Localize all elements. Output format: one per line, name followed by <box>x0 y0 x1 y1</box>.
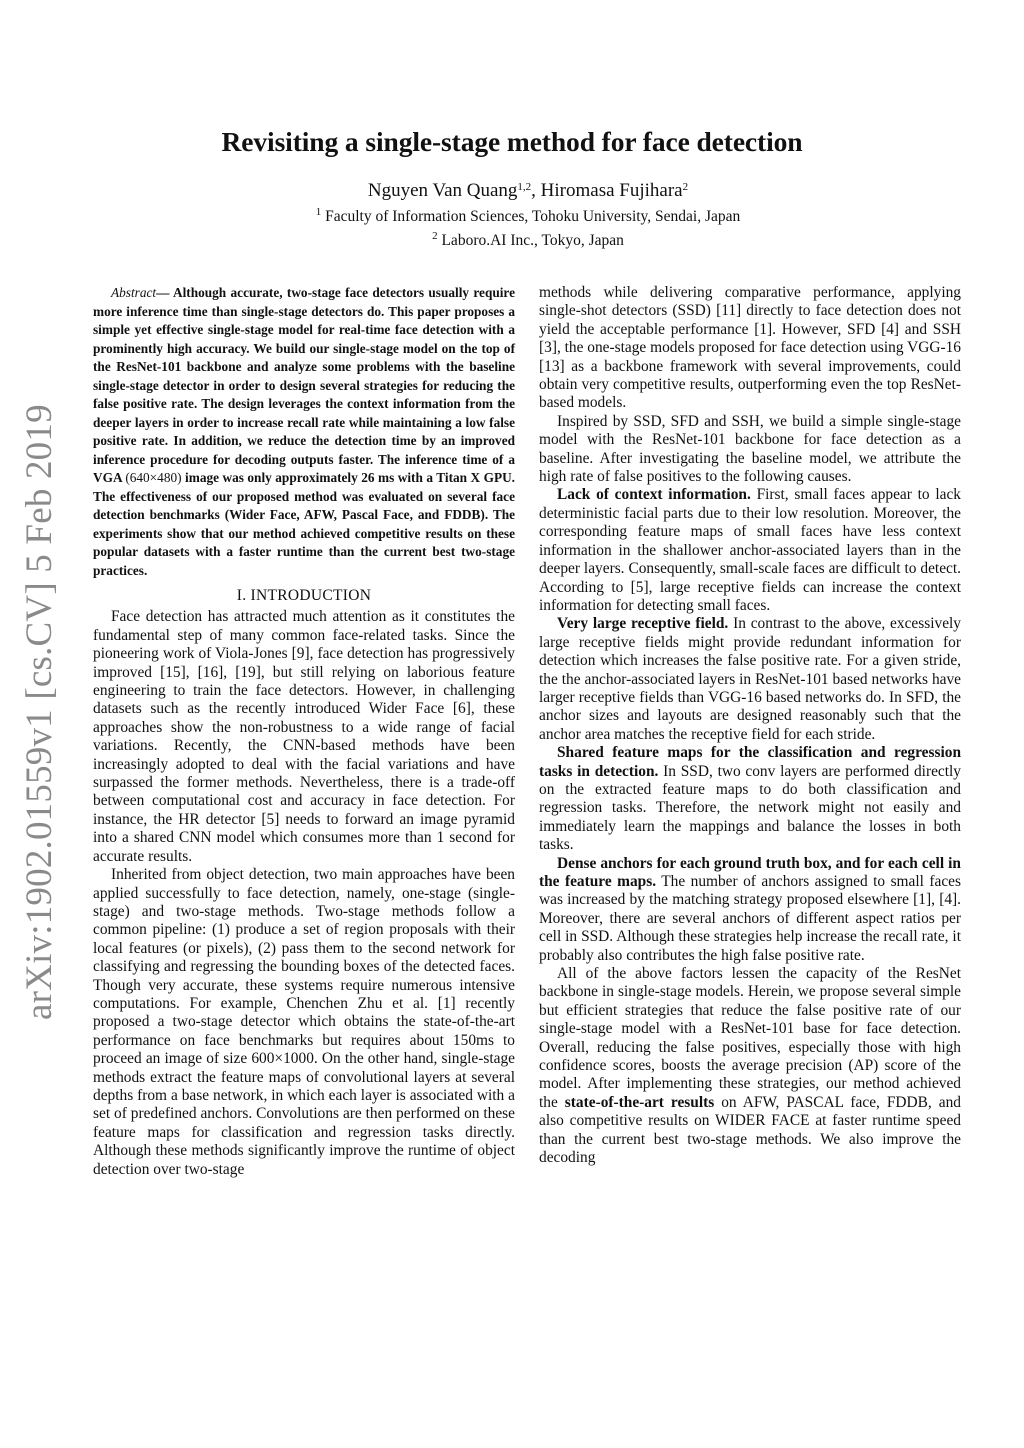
author-affiliation-marker: 1,2 <box>517 181 531 193</box>
abstract-dash: — <box>156 285 173 300</box>
paper-title: Revisiting a single-stage method for fac… <box>0 126 1024 158</box>
section-heading-introduction: I. INTRODUCTION <box>93 587 515 605</box>
cause-heading: Very large receptive field. <box>557 615 728 632</box>
abstract-label: Abstract <box>111 285 156 300</box>
abstract: Abstract— Although accurate, two-stage f… <box>93 284 515 580</box>
affiliation-text: Faculty of Information Sciences, Tohoku … <box>321 208 740 225</box>
right-column: methods while delivering comparative per… <box>539 284 961 1168</box>
abstract-text: Although accurate, two-stage face detect… <box>93 285 515 485</box>
author-name: Hiromasa Fujihara <box>541 180 683 201</box>
abstract-dimensions: (640×480) <box>125 470 181 485</box>
summary-paragraph: All of the above factors lessen the capa… <box>539 965 961 1167</box>
author-line: Nguyen Van Quang1,2, Hiromasa Fujihara2 <box>0 180 1024 202</box>
affiliation-text: Laboro.AI Inc., Tokyo, Japan <box>438 232 624 249</box>
inspired-paragraph: Inspired by SSD, SFD and SSH, we build a… <box>539 413 961 487</box>
author-name: Nguyen Van Quang <box>368 180 518 201</box>
cause-text: In contrast to the above, excessively la… <box>539 615 961 742</box>
affiliation-1: 1 Faculty of Information Sciences, Tohok… <box>0 208 1024 226</box>
abstract-text: image was only approximately 26 ms with … <box>93 470 515 578</box>
summary-text: All of the above factors lessen the capa… <box>539 965 961 1111</box>
intro-paragraph-1: Face detection has attracted much attent… <box>93 608 515 866</box>
cause-paragraph-dense-anchors: Dense anchors for each ground truth box,… <box>539 855 961 965</box>
cause-paragraph-receptive-field: Very large receptive field. In contrast … <box>539 615 961 744</box>
continued-paragraph: methods while delivering comparative per… <box>539 284 961 413</box>
left-column: Abstract— Although accurate, two-stage f… <box>93 284 515 1179</box>
author-affiliation-marker: 2 <box>683 181 689 193</box>
arxiv-identifier-stamp: arXiv:1902.01559v1 [cs.CV] 5 Feb 2019 <box>18 404 61 1020</box>
cause-text: First, small faces appear to lack determ… <box>539 486 961 613</box>
affiliation-2: 2 Laboro.AI Inc., Tokyo, Japan <box>0 232 1024 250</box>
cause-paragraph-shared-feature-maps: Shared feature maps for the classificati… <box>539 744 961 854</box>
author-separator: , <box>531 180 541 201</box>
summary-emphasis: state-of-the-art results <box>565 1094 714 1111</box>
intro-paragraph-2: Inherited from object detection, two mai… <box>93 866 515 1179</box>
cause-paragraph-context: Lack of context information. First, smal… <box>539 486 961 615</box>
cause-heading: Lack of context information. <box>557 486 751 503</box>
